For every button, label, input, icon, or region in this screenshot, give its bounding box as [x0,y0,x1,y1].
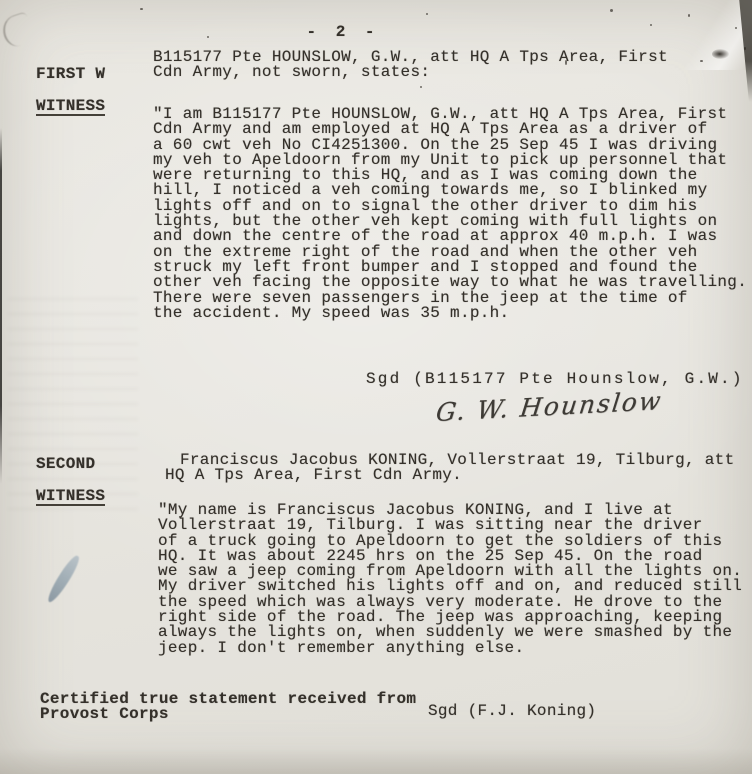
first-witness-label-line2: WITNESS [36,98,105,116]
paper-speck [744,47,746,50]
second-witness-intro: Franciscus Jacobus KONING, Vollerstraat … [165,453,750,484]
paper-speck [610,9,613,12]
koning-typed-signature: Sgd (F.J. Koning) [428,704,596,719]
scanned-document-page: - 2 - FIRST W WITNESS B115177 Pte HOUNSL… [0,0,752,774]
paper-speck [207,36,209,38]
pencil-mark [44,553,83,604]
corner-scribble [0,11,35,49]
paper-speck [426,13,428,15]
first-witness-label-line1: FIRST W [36,65,105,83]
paper-speck [688,14,690,17]
first-witness-statement: "I am B115177 Pte HOUNSLOW, G.W., att HQ… [153,107,749,321]
hounslow-handwritten-signature: G. W. Hounslow [434,386,664,427]
second-witness-statement: "My name is Franciscus Jacobus KONING, a… [158,503,752,656]
paper-speck [735,27,737,29]
paper-speck [650,24,652,26]
first-witness-intro: B115177 Pte HOUNSLOW, G.W., att HQ A Tps… [153,50,733,81]
bottom-scan-shade [0,748,752,774]
second-witness-label-line2: WITNESS [36,488,105,506]
paper-speck [420,86,422,88]
certification-text: Certified true statement received from P… [40,692,440,723]
second-witness-label-line1: SECOND [36,455,95,473]
page-number: - 2 - [298,25,388,40]
first-witness-label: FIRST W WITNESS [36,50,105,116]
second-witness-label: SECOND WITNESS [36,440,105,506]
left-edge-scan-line [0,128,2,484]
paper-speck [140,8,143,10]
first-witness-typed-signature: Sgd (B115177 Pte Hounslow, G.W.) [366,372,744,387]
